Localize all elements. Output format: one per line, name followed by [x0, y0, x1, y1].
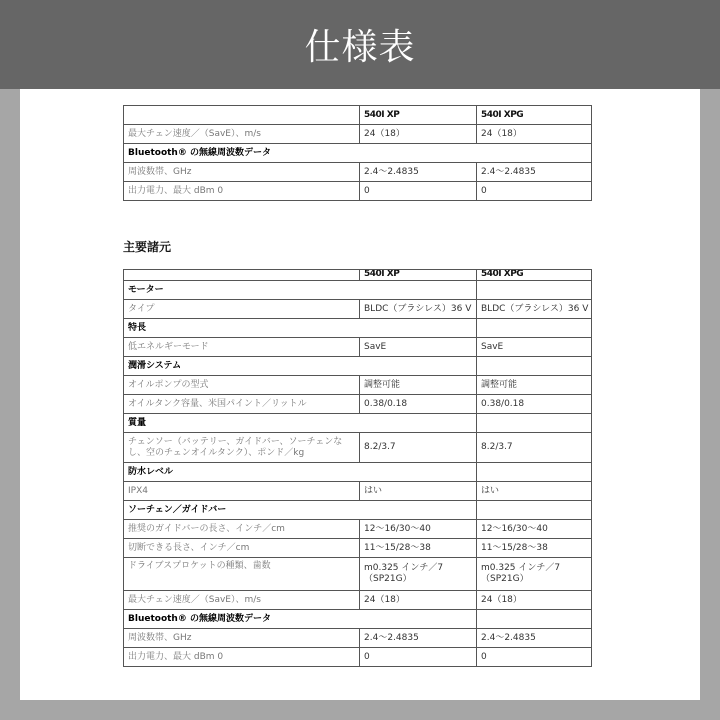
value-xp: 調整可能 — [360, 376, 477, 395]
row-label: 低エネルギーモード — [124, 338, 360, 357]
value-xpg: 調整可能 — [477, 376, 592, 395]
spec-sheet: 540I XP 540I XPG 最大チェン速度／（SavE）、m/s 24（1… — [20, 89, 700, 700]
value-xp: 0 — [360, 648, 477, 667]
value-xpg: 0.38/0.18 — [477, 395, 592, 414]
value-xp: 24（18） — [360, 125, 477, 144]
header-cell-540i-xp: 540I XP — [360, 106, 477, 125]
section-row: ソーチェン／ガイドバー — [124, 501, 592, 520]
empty-cell — [477, 501, 592, 520]
value-xpg: 2.4～2.4835 — [477, 629, 592, 648]
table-header-row: 540I XP 540I XPG — [124, 270, 592, 281]
table-row: 切断できる長さ、インチ／cm 11～15/28～38 11～15/28～38 — [124, 539, 592, 558]
value-xp: 24（18） — [360, 591, 477, 610]
empty-cell — [477, 414, 592, 433]
table-row: 最大チェン速度／（SavE）、m/s 24（18） 24（18） — [124, 591, 592, 610]
row-label: ドライブスプロケットの種類、歯数 — [124, 558, 360, 591]
empty-cell — [477, 610, 592, 629]
value-xpg: 0 — [477, 648, 592, 667]
section-label: 特長 — [124, 319, 477, 338]
section-row: 特長 — [124, 319, 592, 338]
row-label: IPX4 — [124, 482, 360, 501]
row-label: 周波数帯、GHz — [124, 629, 360, 648]
section-label: モーター — [124, 281, 477, 300]
section-row: 防水レベル — [124, 463, 592, 482]
value-xpg: 24（18） — [477, 125, 592, 144]
value-xpg: 0 — [477, 182, 592, 201]
table-row: ドライブスプロケットの種類、歯数 m0.325 インチ／7（SP21G） m0.… — [124, 558, 592, 591]
value-xpg: 24（18） — [477, 591, 592, 610]
table-row: 最大チェン速度／（SavE）、m/s 24（18） 24（18） — [124, 125, 592, 144]
section-row: 潤滑システム — [124, 357, 592, 376]
header-cell-540i-xp: 540I XP — [360, 270, 477, 281]
page-banner: 仕様表 — [0, 0, 720, 89]
value-xp: 11～15/28～38 — [360, 539, 477, 558]
section-heading-main-specs: 主要諸元 — [123, 238, 171, 255]
value-xpg: m0.325 インチ／7（SP21G） — [477, 558, 592, 591]
value-xpg: 12～16/30～40 — [477, 520, 592, 539]
section-row: モーター — [124, 281, 592, 300]
row-label: オイルタンク容量、米国パイント／リットル — [124, 395, 360, 414]
empty-cell — [477, 319, 592, 338]
section-row: 質量 — [124, 414, 592, 433]
value-xpg: 2.4～2.4835 — [477, 163, 592, 182]
section-label: Bluetooth® の無線周波数データ — [124, 610, 477, 629]
empty-cell — [477, 281, 592, 300]
empty-cell — [477, 463, 592, 482]
section-label: 質量 — [124, 414, 477, 433]
row-label: 切断できる長さ、インチ／cm — [124, 539, 360, 558]
section-row: Bluetooth® の無線周波数データ — [124, 144, 592, 163]
value-xp: 2.4～2.4835 — [360, 163, 477, 182]
value-xpg: はい — [477, 482, 592, 501]
row-label: 推奨のガイドバーの長さ、インチ／cm — [124, 520, 360, 539]
table-row: 出力電力、最大 dBm 0 0 0 — [124, 648, 592, 667]
table-row: 低エネルギーモード SavE SavE — [124, 338, 592, 357]
row-label: チェンソー（バッテリー、ガイドバー、ソーチェンなし、空のチェンオイルタンク）、ポ… — [124, 433, 360, 463]
row-label: 最大チェン速度／（SavE）、m/s — [124, 591, 360, 610]
table-row: オイルポンプの型式 調整可能 調整可能 — [124, 376, 592, 395]
empty-cell — [477, 357, 592, 376]
value-xpg: 11～15/28～38 — [477, 539, 592, 558]
header-cell-label — [124, 270, 360, 281]
section-label: Bluetooth® の無線周波数データ — [124, 144, 592, 163]
value-xp: 0 — [360, 182, 477, 201]
row-label: 周波数帯、GHz — [124, 163, 360, 182]
value-xp: 12～16/30～40 — [360, 520, 477, 539]
value-xpg: 8.2/3.7 — [477, 433, 592, 463]
table-row: 周波数帯、GHz 2.4～2.4835 2.4～2.4835 — [124, 629, 592, 648]
page-title: 仕様表 — [304, 19, 415, 70]
table-row: オイルタンク容量、米国パイント／リットル 0.38/0.18 0.38/0.18 — [124, 395, 592, 414]
spec-table-bluetooth: 540I XP 540I XPG 最大チェン速度／（SavE）、m/s 24（1… — [123, 105, 592, 201]
table-row: 出力電力、最大 dBm 0 0 0 — [124, 182, 592, 201]
value-xp: はい — [360, 482, 477, 501]
header-cell-540i-xpg: 540I XPG — [477, 270, 592, 281]
value-xp: 0.38/0.18 — [360, 395, 477, 414]
value-xp: 2.4～2.4835 — [360, 629, 477, 648]
table-row: IPX4 はい はい — [124, 482, 592, 501]
value-xp: m0.325 インチ／7（SP21G） — [360, 558, 477, 591]
section-row: Bluetooth® の無線周波数データ — [124, 610, 592, 629]
spec-table-main: 540I XP 540I XPG モーター タイプ BLDC（ブラシレス）36 … — [123, 269, 592, 667]
value-xpg: BLDC（ブラシレス）36 V — [477, 300, 592, 319]
table-row: 周波数帯、GHz 2.4～2.4835 2.4～2.4835 — [124, 163, 592, 182]
row-label: オイルポンプの型式 — [124, 376, 360, 395]
table-row: 推奨のガイドバーの長さ、インチ／cm 12～16/30～40 12～16/30～… — [124, 520, 592, 539]
table-header-row: 540I XP 540I XPG — [124, 106, 592, 125]
row-label: 出力電力、最大 dBm 0 — [124, 182, 360, 201]
row-label: 最大チェン速度／（SavE）、m/s — [124, 125, 360, 144]
section-label: 潤滑システム — [124, 357, 477, 376]
value-xp: BLDC（ブラシレス）36 V — [360, 300, 477, 319]
table-row: チェンソー（バッテリー、ガイドバー、ソーチェンなし、空のチェンオイルタンク）、ポ… — [124, 433, 592, 463]
value-xp: 8.2/3.7 — [360, 433, 477, 463]
section-label: ソーチェン／ガイドバー — [124, 501, 477, 520]
value-xp: SavE — [360, 338, 477, 357]
row-label: タイプ — [124, 300, 360, 319]
table-row: タイプ BLDC（ブラシレス）36 V BLDC（ブラシレス）36 V — [124, 300, 592, 319]
row-label: 出力電力、最大 dBm 0 — [124, 648, 360, 667]
header-cell-label — [124, 106, 360, 125]
header-cell-540i-xpg: 540I XPG — [477, 106, 592, 125]
section-label: 防水レベル — [124, 463, 477, 482]
value-xpg: SavE — [477, 338, 592, 357]
